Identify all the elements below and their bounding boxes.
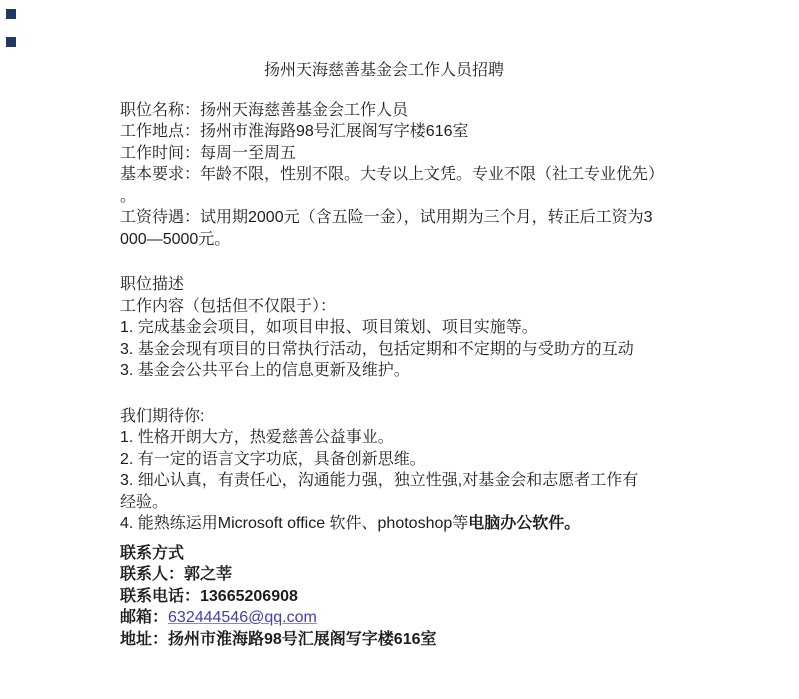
corner-marker-bottom <box>6 37 16 47</box>
description-item: 1. 完成基金会项目，如项目申报、项目策划、项目实施等。 <box>120 317 678 339</box>
job-salary-line: 工资待遇：试用期2000元（含五险一金），试用期为三个月，转正后工资为3 <box>120 207 678 229</box>
job-requirements-wrap-line: 。 <box>120 186 678 208</box>
job-location-line: 工作地点：扬州市淮海路98号汇展阁写字楼616室 <box>120 121 678 143</box>
contact-section: 联系方式 联系人：郭之莘 联系电话：13665206908 邮箱：6324445… <box>120 543 678 651</box>
job-requirements-line: 基本要求：年龄不限，性别不限。大专以上文凭。专业不限（社工专业优先） <box>120 164 678 186</box>
expectations-section: 我们期待你: 1. 性格开朗大方，热爱慈善公益事业。 2. 有一定的语言文字功底… <box>120 406 678 535</box>
expectations-heading: 我们期待你: <box>120 406 678 428</box>
expectation-item-wrap-line: 经验。 <box>120 492 678 514</box>
expectation-item: 1. 性格开朗大方，热爱慈善公益事业。 <box>120 427 678 449</box>
job-salary-wrap-line: 000—5000元。 <box>120 229 678 251</box>
contact-email-label: 邮箱： <box>120 609 168 626</box>
job-summary-section: 职位名称：扬州天海慈善基金会工作人员 工作地点：扬州市淮海路98号汇展阁写字楼6… <box>120 100 678 251</box>
description-subheading: 工作内容（包括但不仅限于）： <box>120 296 678 318</box>
contact-email-line: 邮箱：632444546@qq.com <box>120 607 678 629</box>
job-hours-line: 工作时间：每周一至周五 <box>120 143 678 165</box>
contact-address-line: 地址：扬州市淮海路98号汇展阁写字楼616室 <box>120 629 678 651</box>
expectation-item: 2. 有一定的语言文字功底，具备创新思维。 <box>120 449 678 471</box>
job-name-line: 职位名称：扬州天海慈善基金会工作人员 <box>120 100 678 122</box>
job-description-section: 职位描述 工作内容（包括但不仅限于）： 1. 完成基金会项目，如项目申报、项目策… <box>120 274 678 382</box>
job-posting-document: 扬州天海慈善基金会工作人员招聘 职位名称：扬州天海慈善基金会工作人员 工作地点：… <box>120 60 678 650</box>
contact-email-link[interactable]: 632444546@qq.com <box>168 609 317 626</box>
description-heading: 职位描述 <box>120 274 678 296</box>
description-item: 3. 基金会公共平台上的信息更新及维护。 <box>120 360 678 382</box>
expectation-item-software: 4. 能熟练运用Microsoft office 软件、photoshop等电脑… <box>120 513 678 535</box>
contact-person-line: 联系人：郭之莘 <box>120 564 678 586</box>
expectation-item: 3. 细心认真，有责任心，沟通能力强，独立性强,对基金会和志愿者工作有 <box>120 470 678 492</box>
expectation-item-software-bold: 电脑办公软件。 <box>468 515 580 532</box>
contact-heading: 联系方式 <box>120 543 678 565</box>
contact-phone-line: 联系电话：13665206908 <box>120 586 678 608</box>
corner-marker-top <box>6 9 16 19</box>
page-title: 扬州天海慈善基金会工作人员招聘 <box>120 60 678 82</box>
description-item: 3. 基金会现有项目的日常执行活动，包括定期和不定期的与受助方的互动 <box>120 339 678 361</box>
expectation-item-software-normal: 4. 能熟练运用Microsoft office 软件、photoshop等 <box>120 515 468 532</box>
